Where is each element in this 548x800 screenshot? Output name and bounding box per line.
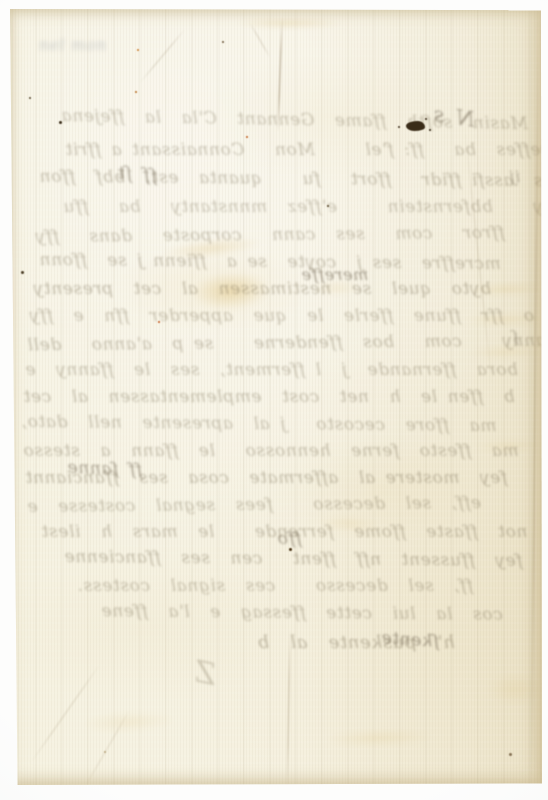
scan-background: Masin softh ffame Gennant C'la la ffejen… — [0, 0, 548, 800]
manuscript-page: Masin softh ffame Gennant C'la la ffejen… — [9, 9, 542, 785]
paper-edge-shading — [9, 9, 542, 785]
